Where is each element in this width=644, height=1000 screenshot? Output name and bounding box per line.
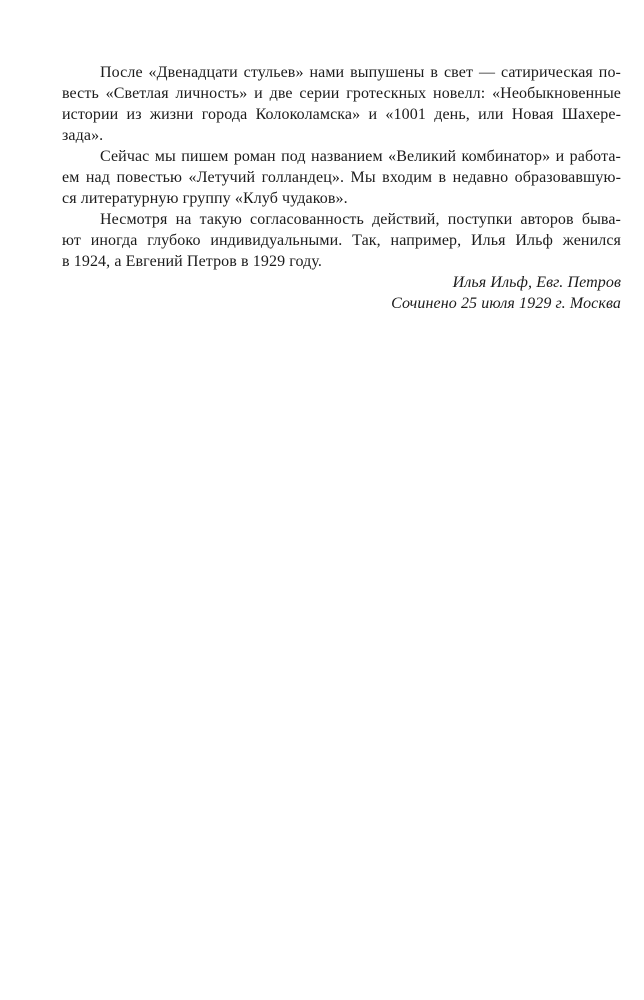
paragraph: После «Двенадцати стульев» нами выпушены… <box>62 62 621 146</box>
text-line: Сейчас мы пишем роман под названием «Вел… <box>62 146 621 167</box>
signature-block: Илья Ильф, Евг. Петров Сочинено 25 июля … <box>62 272 621 314</box>
book-page: После «Двенадцати стульев» нами выпушены… <box>0 0 644 1000</box>
text-line: зада». <box>62 125 621 146</box>
page-text-block: После «Двенадцати стульев» нами выпушены… <box>62 62 621 314</box>
text-line: весть «Светлая личность» и две серии гро… <box>62 83 621 104</box>
text-line: истории из жизни города Колоколамска» и … <box>62 104 621 125</box>
text-line: ют иногда глубоко индивидуальными. Так, … <box>62 230 621 251</box>
text-line: ся литературную группу «Клуб чудаков». <box>62 188 621 209</box>
signature-dateline: Сочинено 25 июля 1929 г. Москва <box>62 293 621 314</box>
text-line: После «Двенадцати стульев» нами выпушены… <box>62 62 621 83</box>
paragraph: Несмотря на такую согласованность действ… <box>62 209 621 272</box>
text-line: в 1924, а Евгений Петров в 1929 году. <box>62 251 621 272</box>
text-line: ем над повестью «Летучий голландец». Мы … <box>62 167 621 188</box>
paragraph: Сейчас мы пишем роман под названием «Вел… <box>62 146 621 209</box>
signature-authors: Илья Ильф, Евг. Петров <box>62 272 621 293</box>
text-line: Несмотря на такую согласованность действ… <box>62 209 621 230</box>
